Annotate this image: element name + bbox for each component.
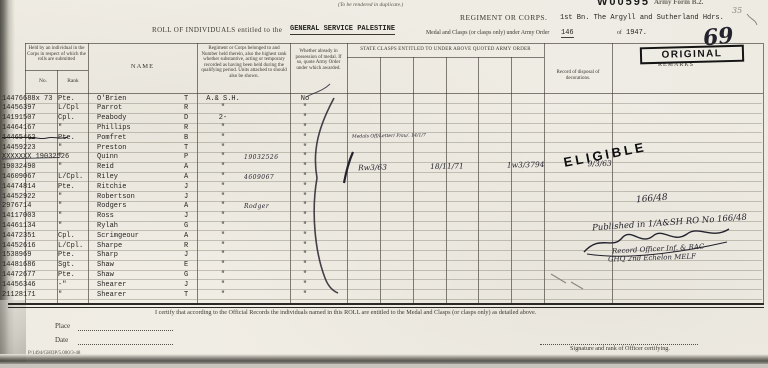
table-row: 14609067 L/Cpl. Riley A " " 4609067 [0,173,768,183]
medal-possession-entry: " [292,222,318,231]
regiment-entry: " [199,291,247,300]
medal-possession-entry: " [292,242,318,251]
medal-possession-entry: " [292,281,318,290]
service-number: 14452616 [2,242,36,251]
surname: Scrimgeour [97,232,139,241]
medal-possession-entry: " [292,251,318,260]
handwritten-regiment-note: Rodger [244,202,269,211]
medal-possession-entry: No [292,95,318,104]
service-number: 14474814 [2,183,36,192]
date-label: Date [55,336,68,344]
service-number: 14456346 [2,281,36,290]
medal-line-prefix: Medal and Clasps (or clasps only) under … [426,30,549,36]
surname: Preston [97,144,126,153]
initial: R [184,242,188,251]
rank: Pte. [58,134,75,143]
medal-possession-entry: " [292,232,318,241]
of-word: of [617,30,622,36]
medal-possession-entry: " [292,104,318,113]
service-number: 14472351 [2,232,36,241]
serial-number-stamp: W00595 [597,0,650,8]
regiment-entry: " [199,242,247,251]
service-number: 21128171 [2,291,36,300]
medal-possession-entry: " [292,291,318,300]
certify-text: I certify that according to the Official… [155,309,755,316]
table-row: 14456346 -" Shearer J " " [0,281,768,291]
place-line [78,322,173,331]
rank: " [58,193,62,202]
service-number: 19032490 [2,163,36,172]
regiment-entry: A.& S.H. [199,95,247,104]
table-row: 14476688x 73 Pte. O'Brien T A.& S.H. No [0,95,768,105]
surname: Shearer [97,281,126,290]
initial: J [184,183,188,192]
signature-caption: Signature and rank of Officer certifying… [545,345,695,352]
surname: O'Brien [97,95,126,104]
initial: P [184,153,188,162]
regiment-value: 1st Bn. The Argyll and Sutherland Hdrs. [560,14,724,22]
rank: " [58,222,62,231]
medal-possession-entry: " [292,202,318,211]
service-number: 14609067 [2,173,36,182]
table-bottom-double-line-2 [8,307,764,309]
service-number: 14461134 [2,222,36,231]
initial: J [184,251,188,260]
service-number: 1538969 [2,251,31,260]
medal-possession-entry: " [292,261,318,270]
header-no: No. [30,78,56,84]
medal-possession-entry: " [292,163,318,172]
regiment-entry: " [199,222,247,231]
rank: " [58,124,62,133]
surname: Rylah [97,222,118,231]
regiment-entry: " [199,212,247,221]
header-possession: Whether already in possession of medal. … [292,49,345,71]
regiment-entry: 2- [199,114,247,123]
service-number: 14476688x 73 [2,95,52,104]
paper-corner-curl [0,300,26,362]
initial: G [184,271,188,280]
table-row: 14481686 Sgt. Shaw E " " [0,261,768,271]
table-row: 14472351 Cpl. Scrimgeour A " " [0,232,768,242]
regiment-entry: " [199,261,247,270]
initial: E [184,261,188,270]
surname: Phillips [97,124,131,133]
initial: J [184,281,188,290]
regiment-entry: " [199,193,247,202]
initial: A [184,202,188,211]
table-top-border [25,43,763,44]
surname: Ross [97,212,114,221]
initial: R [184,104,188,113]
medal-possession-entry: " [292,271,318,280]
surname: Shaw [97,271,114,280]
header-rank: Rank [59,78,87,84]
regiment-entry: " [199,183,247,192]
initial: T [184,95,188,104]
table-row: 14474814 Pte. Ritchie J " " [0,183,768,193]
surname: Riley [97,173,118,182]
rank: Pte. [58,183,75,192]
rank: Cpl. [58,232,75,241]
rank: " [58,291,62,300]
initial: B [184,134,188,143]
service-number: 14465462 [2,134,36,143]
initial: J [184,193,188,202]
rank: L/Cpl. [58,242,83,251]
initial: J [184,212,188,221]
service-number: 14481686 [2,261,36,270]
header-disposal: Record of disposal of decorations. [547,70,609,81]
surname: Pomfret [97,134,126,143]
service-number: 14452922 [2,193,36,202]
surname: Shearer [97,291,126,300]
surname: Sharp [97,251,118,260]
service-number: 14472677 [2,271,36,280]
bottom-edge-shadow [0,354,768,364]
handwritten-regiment-note: 19032526 [244,153,279,162]
service-number: 14464167 [2,124,36,133]
surname: Parrot [97,104,122,113]
regiment-entry: " [199,144,247,153]
handwritten-regiment-note: 4609067 [244,173,274,182]
medal-possession-entry: " [292,193,318,202]
medal-possession-entry: " [292,114,318,123]
rank: L/Cpl. [58,173,83,182]
signature-line [540,336,698,345]
roll-title-prefix: ROLL OF INDIVIDUALS entitled to the [152,26,282,34]
initial: D [184,114,188,123]
surname: Rodgers [97,202,126,211]
header-regiment: Regiment or Corps belonged to and Number… [200,46,288,80]
rank: " [58,144,62,153]
regiment-entry: " [199,251,247,260]
place-label: Place [55,322,70,330]
surname: Peabody [97,114,126,123]
regiment-entry: " [199,134,247,143]
rank: " [58,212,62,221]
regiment-entry: " [199,202,247,211]
rank: -" [58,281,66,290]
table-row: 14464167 " Phillips R " " [0,124,768,134]
service-number: 14191507 [2,114,36,123]
medal-possession-entry: " [292,183,318,192]
surname: Sharpe [97,242,122,251]
medal-possession-entry: " [292,173,318,182]
original-stamp: ORIGINAL [640,45,744,65]
surname: Reid [97,163,114,172]
rank: " [58,163,62,172]
render-note: (To be rendered in duplicate.) [338,2,403,8]
surname: Robertson [97,193,135,202]
rank: Pte. [58,95,75,104]
regiment-label: REGIMENT OR CORPS. [460,13,547,22]
table-row: 14472677 Pte. Shaw G " " [0,271,768,281]
rank: Sgt. [58,261,75,270]
scanned-medal-roll-document: (To be rendered in duplicate.) W00595 Ar… [0,0,768,368]
rank: Pte. [58,271,75,280]
rank: Cpl. [58,114,75,123]
medal-possession-entry: " [292,153,318,162]
table-row: 14191507 Cpl. Peabody D 2- " [0,114,768,124]
initial: A [184,232,188,241]
surname: Shaw [97,261,114,270]
table-bottom-double-line-1 [8,303,764,305]
regiment-entry: " [199,163,247,172]
medal-possession-entry: " [292,124,318,133]
header-held-by: Held by an individual in the Corps in re… [27,46,86,63]
header-name: NAME [89,63,196,70]
surname: Quinn [97,153,118,162]
header-clasps: STATE CLASPS ENTITLED TO UNDER ABOVE QUO… [349,47,542,52]
regiment-entry: " [199,104,247,113]
roll-title-typed: GENERAL SERVICE PALESTINE [290,25,395,35]
service-number: 14117003 [2,212,36,221]
table-row: 14459223 " Preston T " " [0,144,768,154]
initial: T [184,291,188,300]
rank: " [58,202,62,211]
initial: R [184,124,188,133]
medal-possession-entry: " [292,212,318,221]
army-form-label: Army Form B.2. [654,0,703,6]
initial: G [184,222,188,231]
initial: A [184,163,188,172]
rank: Pte. [58,251,75,260]
initial: T [184,144,188,153]
regiment-entry: " [199,271,247,280]
regiment-entry: " [199,153,247,162]
table-row: 14456397 L/Cpl Parrot R " " [0,104,768,114]
regiment-entry: " [199,232,247,241]
service-number: 2976714 [2,202,31,211]
army-order-number: 146 [561,29,574,38]
table-row: 21128171 " Shearer T " " [0,291,768,301]
service-number: 14459223 [2,144,36,153]
date-line [78,336,173,345]
medal-possession-entry: " [292,144,318,153]
service-number: 14456397 [2,104,36,113]
medal-possession-entry: " [292,134,318,143]
initial: A [184,173,188,182]
rank: L/Cpl [58,104,79,113]
year-value: 1947. [626,29,647,37]
pencil-number: 35 [732,6,742,15]
regiment-entry: " [199,173,247,182]
rank: " [58,153,62,162]
regiment-entry: " [199,281,247,290]
surname: Ritchie [97,183,126,192]
regiment-entry: " [199,124,247,133]
